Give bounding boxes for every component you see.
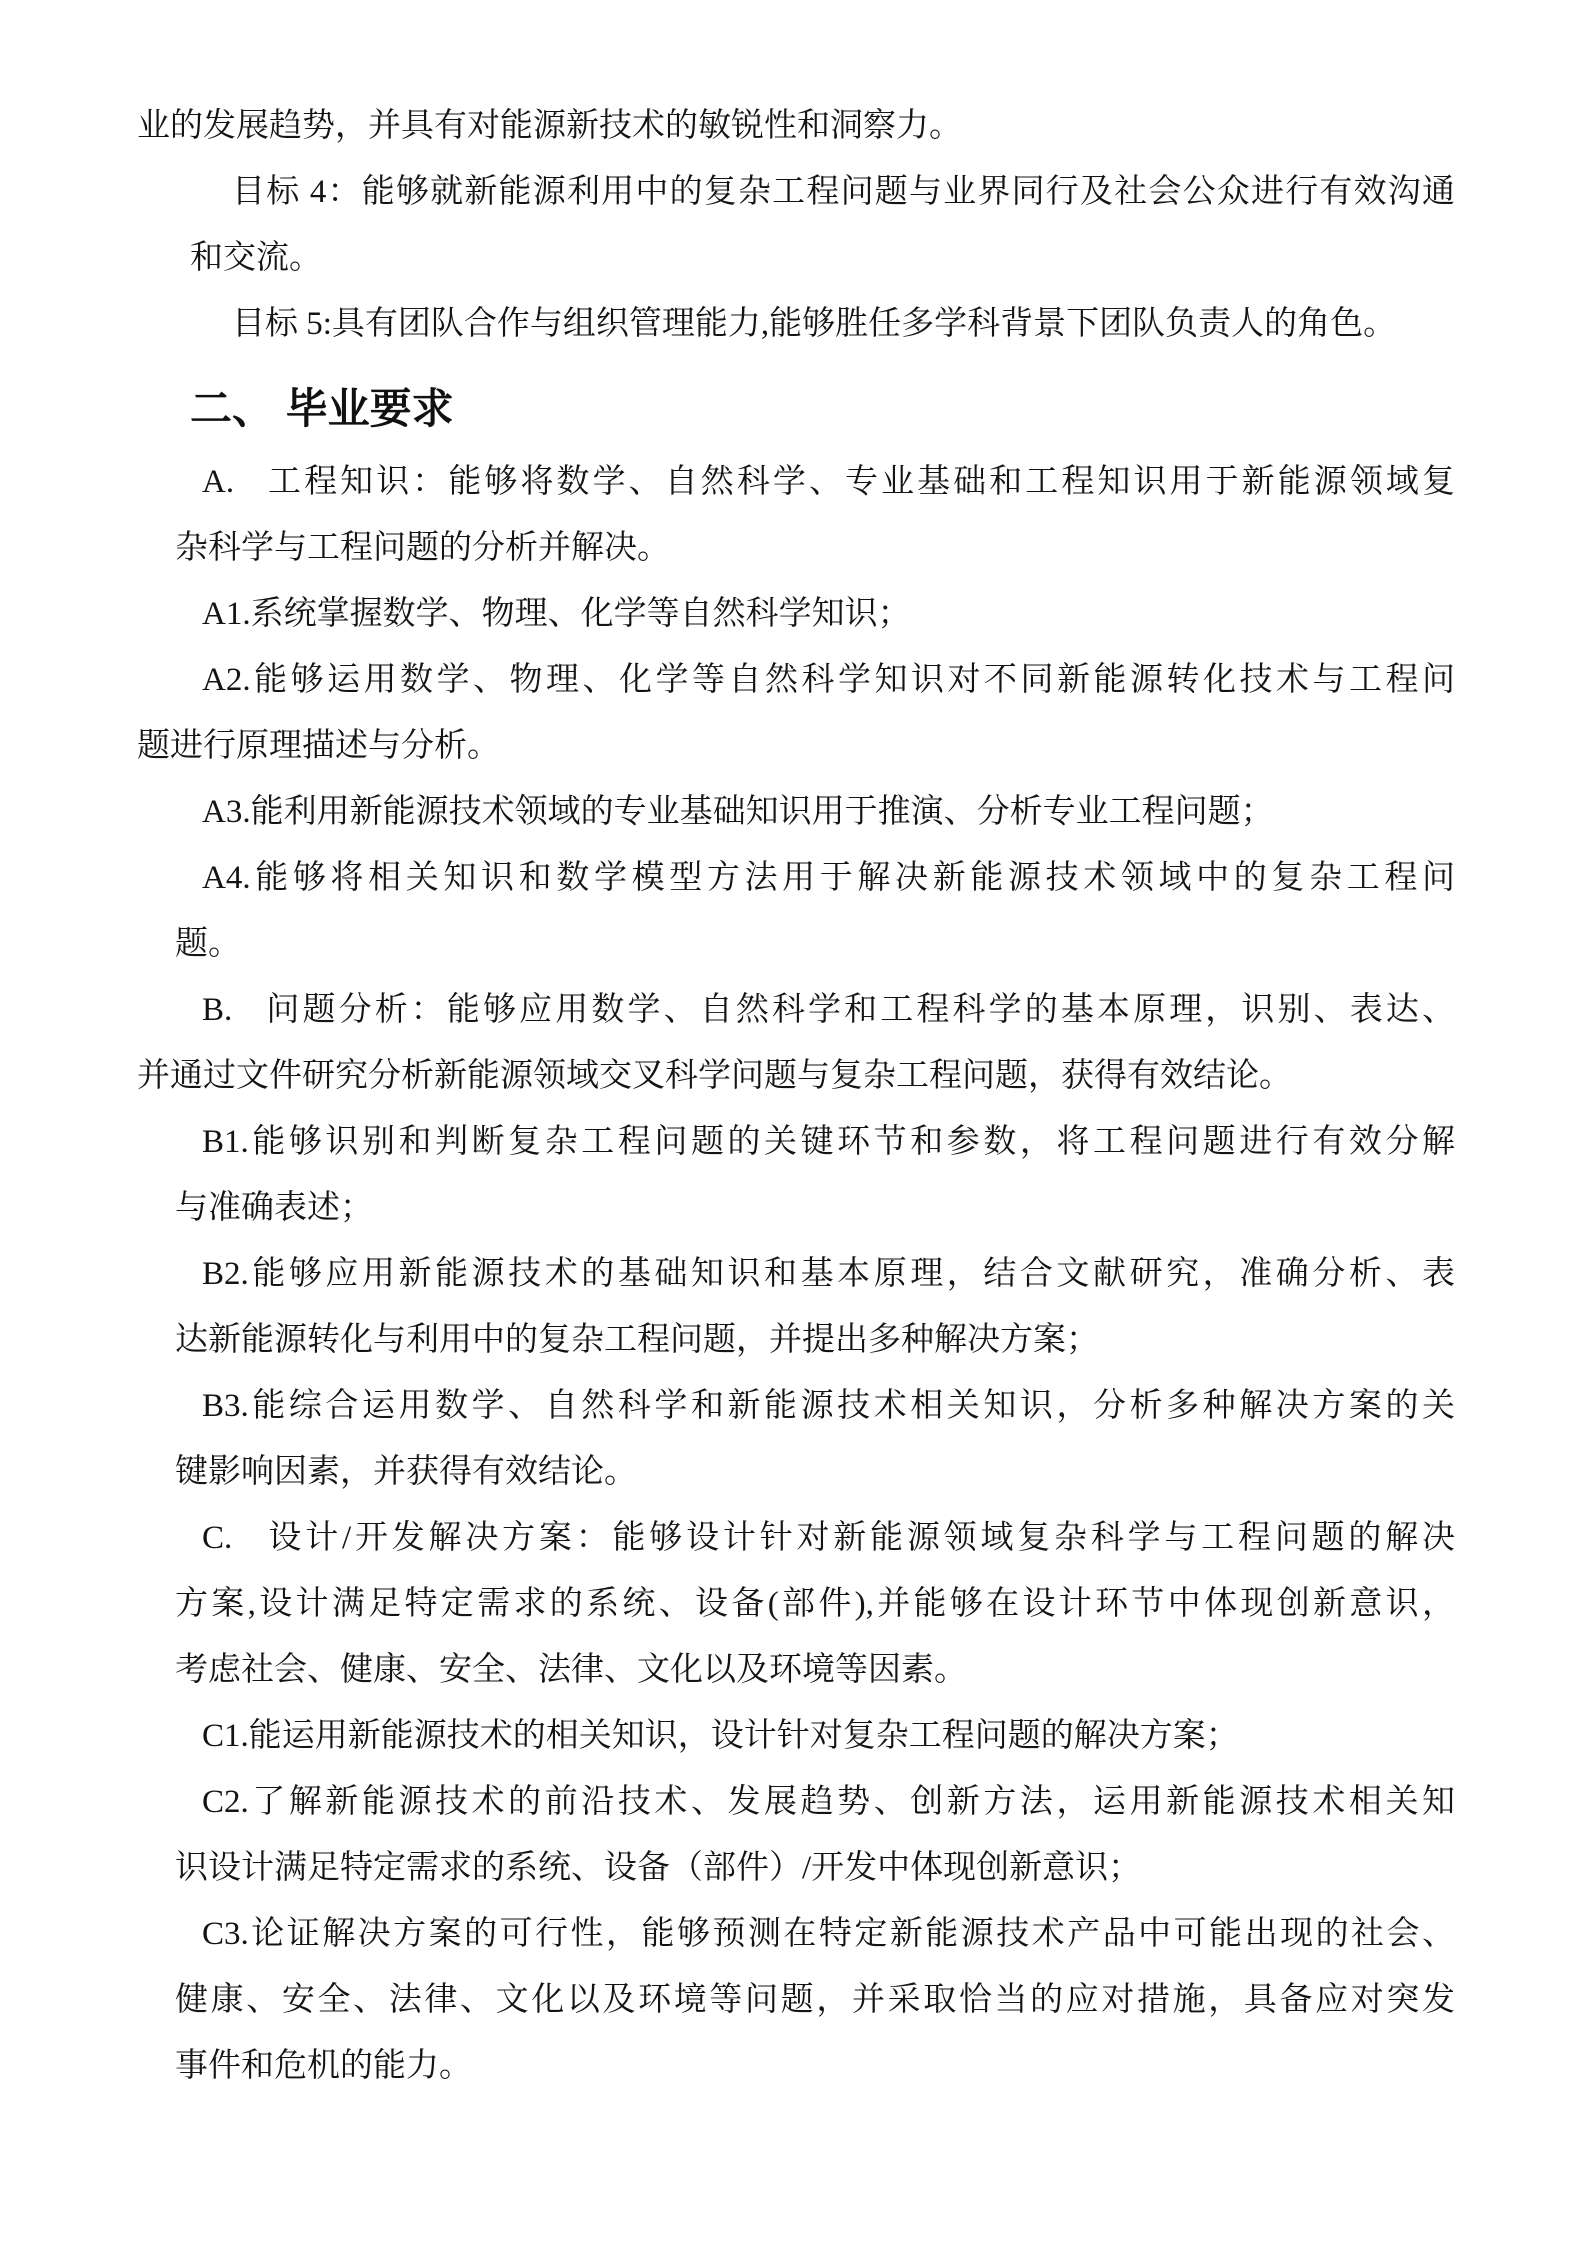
text-line: 目标 4：能够就新能源利用中的复杂工程问题与业界同行及社会公众进行有效沟通 (190, 159, 1455, 225)
text-line: 题进行原理描述与分析。 (137, 713, 1455, 779)
paragraph: C3.论证解决方案的可行性，能够预测在特定新能源技术产品中可能出现的社会、健康、… (137, 1901, 1455, 2099)
text-line: 识设计满足特定需求的系统、设备（部件）/开发中体现创新意识； (175, 1835, 1455, 1901)
text-line: 与准确表述； (175, 1175, 1455, 1241)
paragraph: B1.能够识别和判断复杂工程问题的关键环节和参数，将工程问题进行有效分解与准确表… (137, 1109, 1455, 1241)
paragraph: A4.能够将相关知识和数学模型方法用于解决新能源技术领域中的复杂工程问题。 (137, 845, 1455, 977)
paragraph: B3.能综合运用数学、自然科学和新能源技术相关知识，分析多种解决方案的关键影响因… (137, 1373, 1455, 1505)
text-line: 达新能源转化与利用中的复杂工程问题，并提出多种解决方案； (175, 1307, 1455, 1373)
text-line: A1.系统掌握数学、物理、化学等自然科学知识； (137, 581, 1455, 647)
text-line: 和交流。 (190, 225, 1455, 291)
paragraph: 目标 5:具有团队合作与组织管理能力,能够胜任多学科背景下团队负责人的角色。 (137, 291, 1455, 357)
text-line: B3.能综合运用数学、自然科学和新能源技术相关知识，分析多种解决方案的关 (175, 1373, 1455, 1439)
text-line: B2.能够应用新能源技术的基础知识和基本原理，结合文献研究，准确分析、表 (175, 1241, 1455, 1307)
document-page: 业的发展趋势，并具有对能源新技术的敏锐性和洞察力。目标 4：能够就新能源利用中的… (0, 0, 1588, 2245)
intro-section: 业的发展趋势，并具有对能源新技术的敏锐性和洞察力。目标 4：能够就新能源利用中的… (137, 93, 1455, 357)
text-line: 杂科学与工程问题的分析并解决。 (175, 515, 1455, 581)
text-line: C1.能运用新能源技术的相关知识，设计针对复杂工程问题的解决方案； (175, 1703, 1455, 1769)
text-line: C. 设计/开发解决方案：能够设计针对新能源领域复杂科学与工程问题的解决 (175, 1505, 1455, 1571)
section-heading: 二、 毕业要求 (190, 369, 1455, 449)
text-line: 并通过文件研究分析新能源领域交叉科学问题与复杂工程问题，获得有效结论。 (137, 1043, 1455, 1109)
paragraph: C1.能运用新能源技术的相关知识，设计针对复杂工程问题的解决方案； (137, 1703, 1455, 1769)
text-line: 考虑社会、健康、安全、法律、文化以及环境等因素。 (175, 1637, 1455, 1703)
paragraph: C. 设计/开发解决方案：能够设计针对新能源领域复杂科学与工程问题的解决方案,设… (137, 1505, 1455, 1703)
paragraph: C2.了解新能源技术的前沿技术、发展趋势、创新方法，运用新能源技术相关知识设计满… (137, 1769, 1455, 1901)
text-line: 业的发展趋势，并具有对能源新技术的敏锐性和洞察力。 (137, 93, 1455, 159)
text-line: A4.能够将相关知识和数学模型方法用于解决新能源技术领域中的复杂工程问 (175, 845, 1455, 911)
text-line: A. 工程知识：能够将数学、自然科学、专业基础和工程知识用于新能源领域复 (175, 449, 1455, 515)
text-line: 事件和危机的能力。 (175, 2033, 1455, 2099)
text-line: A2.能够运用数学、物理、化学等自然科学知识对不同新能源转化技术与工程问 (137, 647, 1455, 713)
text-line: B1.能够识别和判断复杂工程问题的关键环节和参数，将工程问题进行有效分解 (175, 1109, 1455, 1175)
paragraph: 目标 4：能够就新能源利用中的复杂工程问题与业界同行及社会公众进行有效沟通和交流… (137, 159, 1455, 291)
text-line: B. 问题分析：能够应用数学、自然科学和工程科学的基本原理，识别、表达、 (137, 977, 1455, 1043)
text-line: C2.了解新能源技术的前沿技术、发展趋势、创新方法，运用新能源技术相关知 (175, 1769, 1455, 1835)
text-line: C3.论证解决方案的可行性，能够预测在特定新能源技术产品中可能出现的社会、 (175, 1901, 1455, 1967)
text-line: 目标 5:具有团队合作与组织管理能力,能够胜任多学科背景下团队负责人的角色。 (190, 291, 1455, 357)
paragraph: B2.能够应用新能源技术的基础知识和基本原理，结合文献研究，准确分析、表达新能源… (137, 1241, 1455, 1373)
text-line: 健康、安全、法律、文化以及环境等问题，并采取恰当的应对措施，具备应对突发 (175, 1967, 1455, 2033)
paragraph: A. 工程知识：能够将数学、自然科学、专业基础和工程知识用于新能源领域复杂科学与… (137, 449, 1455, 581)
text-line: 键影响因素，并获得有效结论。 (175, 1439, 1455, 1505)
text-line: A3.能利用新能源技术领域的专业基础知识用于推演、分析专业工程问题； (137, 779, 1455, 845)
text-line: 题。 (175, 911, 1455, 977)
paragraph: A2.能够运用数学、物理、化学等自然科学知识对不同新能源转化技术与工程问题进行原… (137, 647, 1455, 779)
paragraph: B. 问题分析：能够应用数学、自然科学和工程科学的基本原理，识别、表达、并通过文… (137, 977, 1455, 1109)
graduation-requirements-section: A. 工程知识：能够将数学、自然科学、专业基础和工程知识用于新能源领域复杂科学与… (137, 449, 1455, 2099)
text-line: 方案,设计满足特定需求的系统、设备(部件),并能够在设计环节中体现创新意识， (175, 1571, 1455, 1637)
paragraph: A3.能利用新能源技术领域的专业基础知识用于推演、分析专业工程问题； (137, 779, 1455, 845)
paragraph: A1.系统掌握数学、物理、化学等自然科学知识； (137, 581, 1455, 647)
paragraph: 业的发展趋势，并具有对能源新技术的敏锐性和洞察力。 (137, 93, 1455, 159)
